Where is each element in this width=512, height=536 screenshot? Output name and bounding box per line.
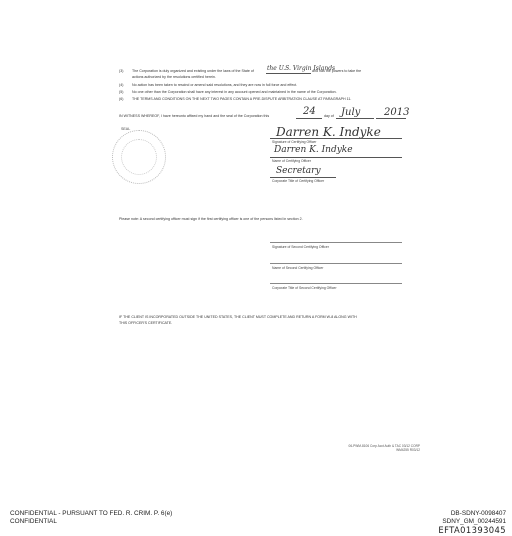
day-of-label: day of	[324, 114, 334, 119]
bates-db-sdny: DB-SDNY-0098407	[438, 510, 506, 518]
clause-number: (4)	[119, 83, 123, 88]
officer-name: Darren K. Indyke	[274, 145, 353, 155]
second-officer-note: Please note: A second certifying officer…	[119, 217, 303, 222]
signature-line	[270, 138, 402, 139]
clause-text: No one other than the Corporation shall …	[132, 90, 337, 95]
second-signature-line	[270, 242, 402, 243]
bates-efta: EFTA01393045	[438, 526, 506, 534]
corporate-seal-icon	[112, 130, 166, 184]
clause-text: THE TERMS AND CONDITIONS ON THE NEXT TWO…	[132, 97, 351, 102]
year-underline	[376, 118, 406, 119]
form-number: 06-PWM-8106 Corp Acct Auth & TAC 03/12 C…	[340, 444, 420, 452]
name-label: Name of Certifying Officer	[272, 159, 311, 163]
footer-left: CONFIDENTIAL - PURSUANT TO FED. R. CRIM.…	[10, 510, 172, 526]
clause-text: No action has been taken to rescind or a…	[132, 83, 297, 88]
title-line	[270, 177, 336, 178]
witness-text: IN WITNESS WHEREOF, I have hereunto affi…	[119, 114, 269, 119]
signature-label: Signature of Certifying Officer	[272, 140, 316, 144]
foreign-notice-line2: THIS OFFICER'S CERTIFICATE.	[119, 321, 172, 326]
clause-number: (5)	[119, 90, 123, 95]
footer-right: DB-SDNY-0098407 SDNY_GM_00244591 EFTA013…	[438, 510, 506, 534]
confidential-label: CONFIDENTIAL	[10, 518, 172, 526]
confidential-notice: CONFIDENTIAL - PURSUANT TO FED. R. CRIM.…	[10, 510, 172, 518]
month-underline	[336, 118, 374, 119]
witness-month: July	[341, 107, 360, 118]
second-title-line	[270, 283, 402, 284]
officer-signature: Darren K. Indyke	[276, 125, 381, 139]
clause-3-after: and has the powers to take the	[312, 69, 361, 74]
witness-year: 2013	[384, 107, 409, 118]
witness-day: 24	[303, 106, 316, 117]
name-line	[270, 157, 402, 158]
clause-3-continuation: actions authorized by the resolutions ce…	[132, 75, 216, 80]
seal-label: SEAL	[121, 127, 130, 131]
second-name-label: Name of Second Certifying Officer	[272, 266, 323, 270]
foreign-notice-line1: IF THE CLIENT IS INCORPORATED OUTSIDE TH…	[119, 315, 357, 320]
clause-text: The Corporation is duly organized and ex…	[132, 69, 254, 74]
form-number-line2: WM4255 R03/12	[340, 448, 420, 452]
document-page: (3) The Corporation is duly organized an…	[0, 0, 512, 536]
officer-title: Secretary	[276, 166, 321, 176]
clause-number: (6)	[119, 97, 123, 102]
day-underline	[296, 118, 322, 119]
second-signature-label: Signature of Second Certifying Officer	[272, 245, 329, 249]
second-name-line	[270, 263, 402, 264]
second-title-label: Corporate Title of Second Certifying Off…	[272, 286, 337, 290]
state-underline	[266, 73, 311, 74]
title-label: Corporate Title of Certifying Officer	[272, 179, 324, 183]
clause-number: (3)	[119, 69, 123, 74]
